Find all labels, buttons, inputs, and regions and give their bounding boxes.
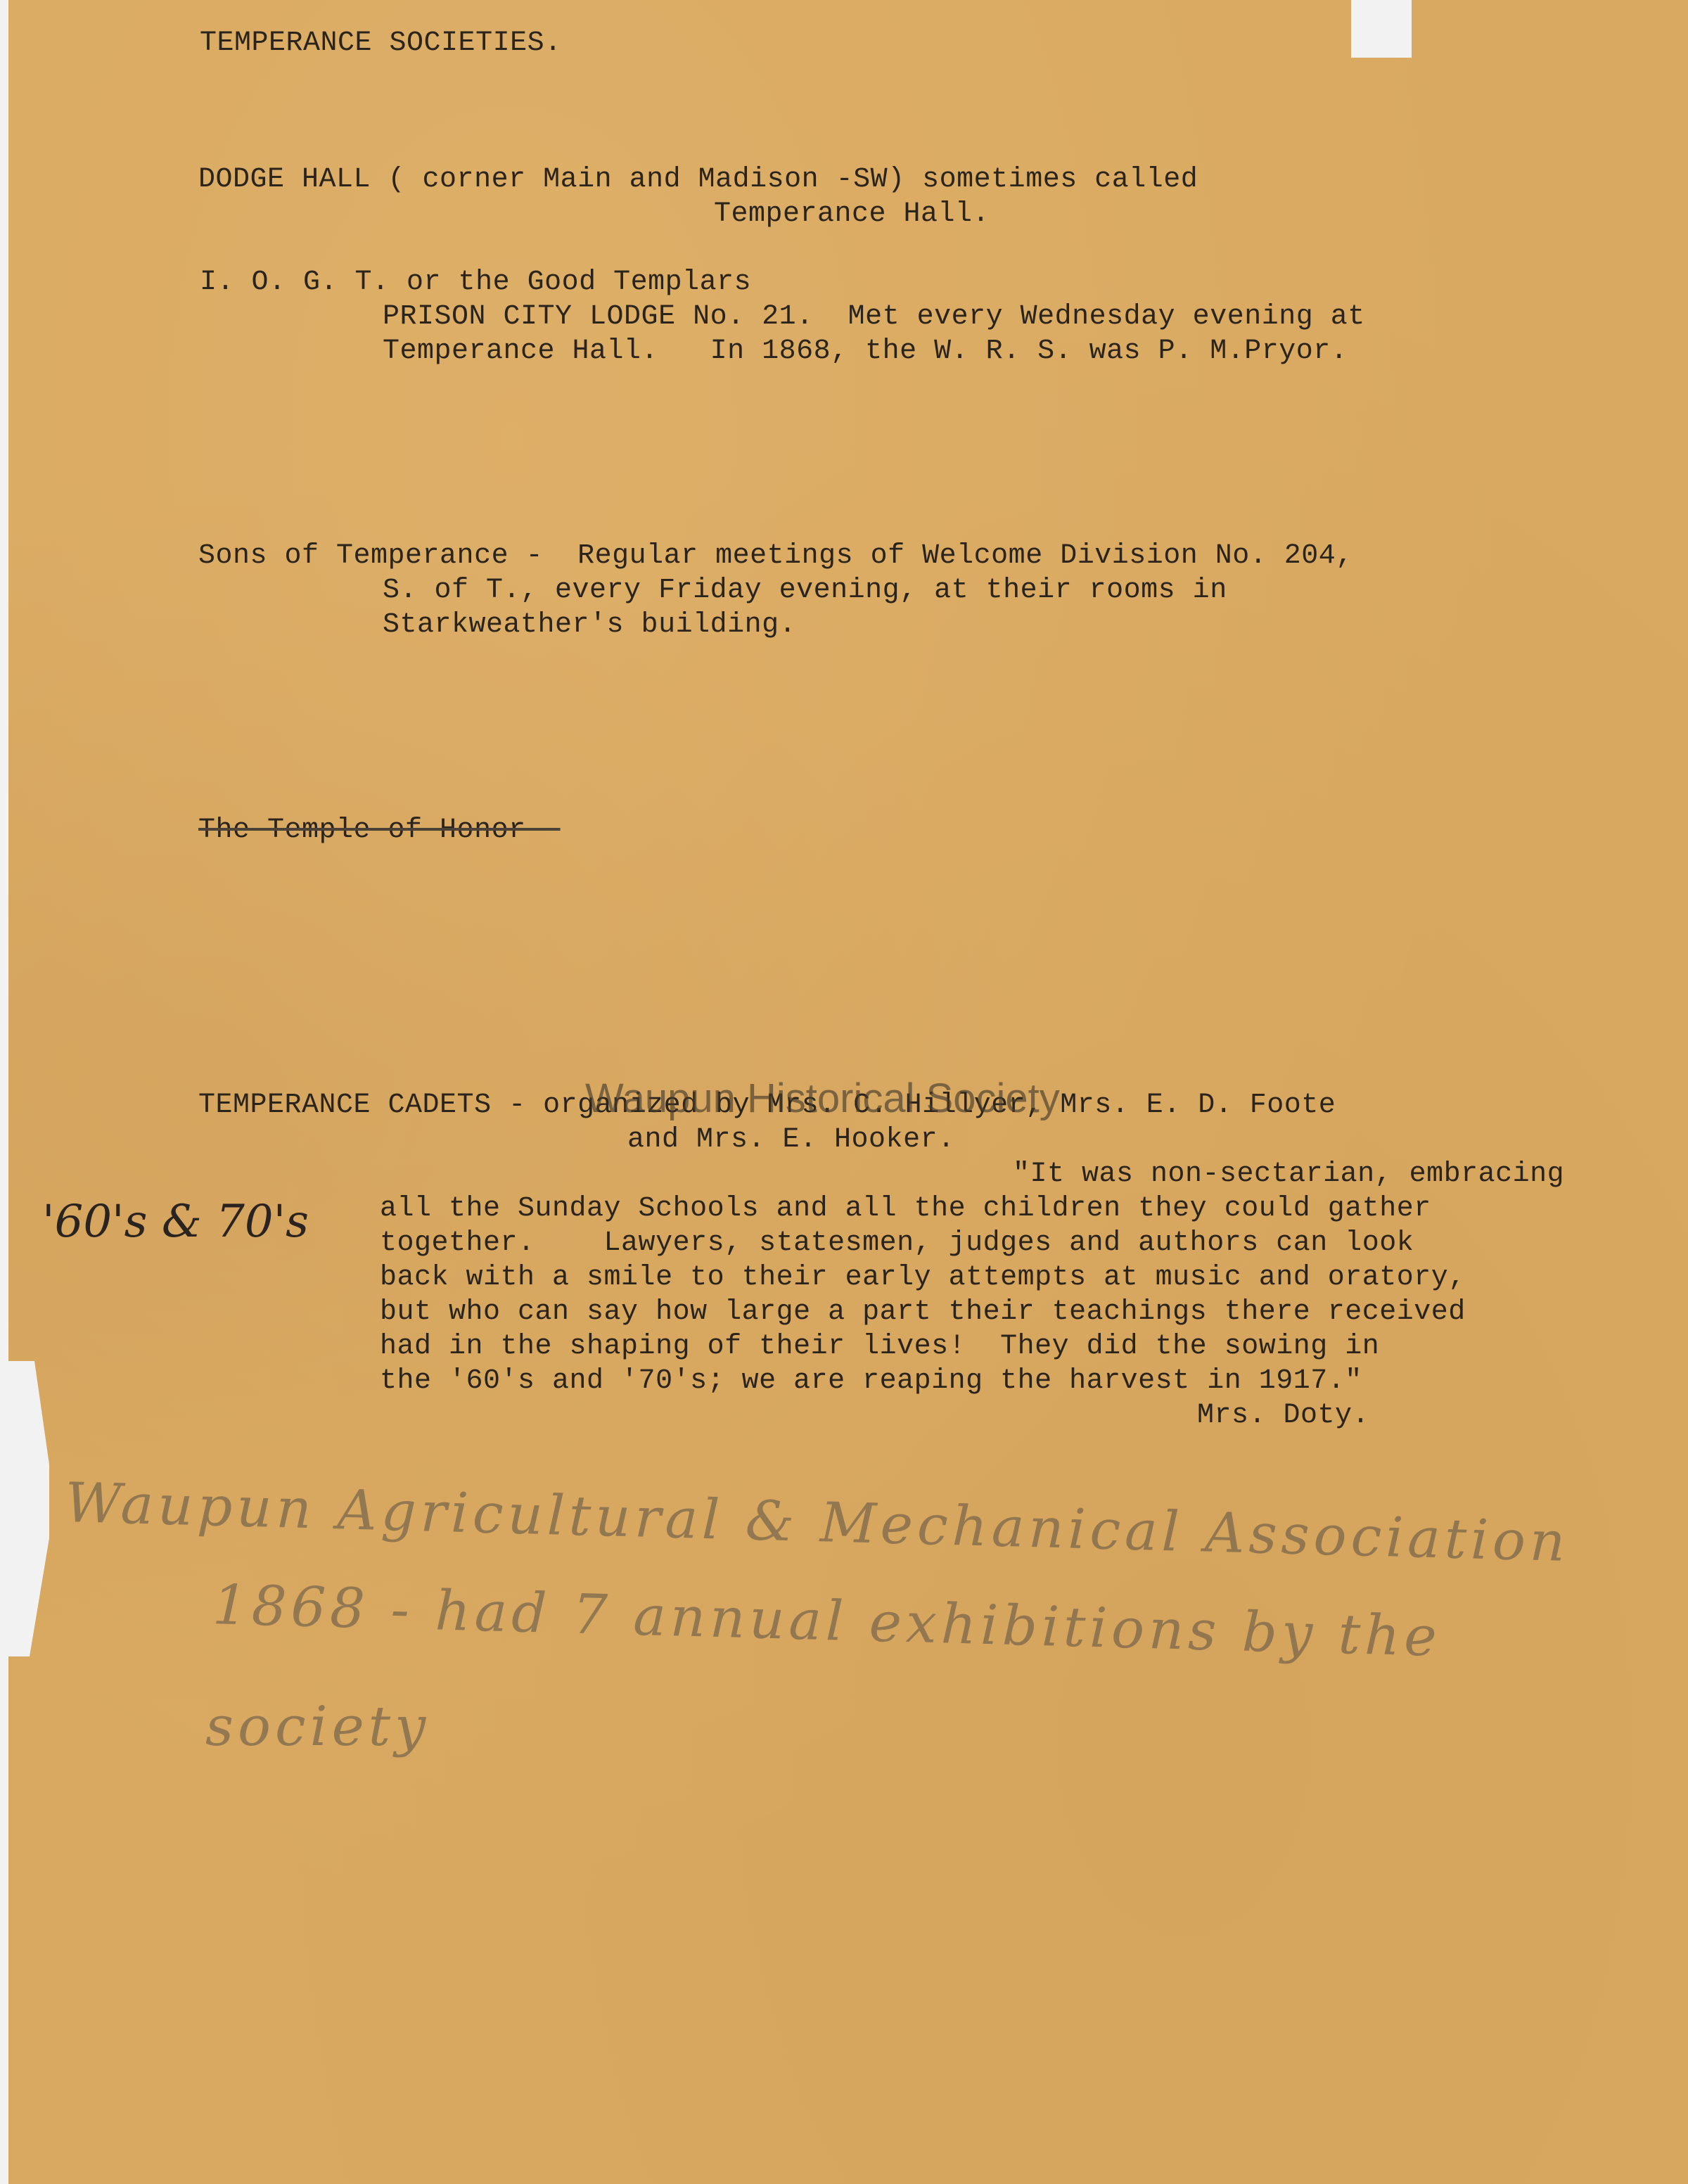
quote-line: "It was non-sectarian, embracing: [1013, 1158, 1564, 1192]
quote-line: had in the shaping of their lives! They …: [380, 1330, 1379, 1364]
section-sons-line: Starkweather's building.: [383, 608, 796, 642]
section-iogt-line: Temperance Hall. In 1868, the W. R. S. w…: [383, 335, 1348, 369]
section-iogt-line: PRISON CITY LODGE No. 21. Met every Wedn…: [383, 300, 1365, 334]
quote-line: the '60's and '70's; we are reaping the …: [380, 1365, 1362, 1398]
torn-edge-left: [0, 1361, 49, 1656]
section-temple-of-honor-heading: The Temple of Honor -: [198, 814, 561, 848]
pencil-note-line: 1868 - had 7 annual exhibitions by the: [212, 1573, 1442, 1669]
watermark: Waupun Historical Society: [585, 1075, 1060, 1122]
section-sons-line: S. of T., every Friday evening, at their…: [383, 574, 1227, 608]
quote-attribution: Mrs. Doty.: [1197, 1399, 1369, 1433]
margin-note: '60's & 70's: [42, 1196, 309, 1248]
section-cadets-line: and Mrs. E. Hooker.: [627, 1123, 955, 1157]
quote-line: back with a smile to their early attempt…: [380, 1261, 1466, 1295]
torn-edge-top: [1351, 0, 1412, 58]
section-iogt-heading: I. O. G. T. or the Good Templars: [200, 266, 751, 300]
quote-line: all the Sunday Schools and all the child…: [380, 1192, 1431, 1226]
pencil-note-line: society: [205, 1695, 430, 1758]
quote-line: but who can say how large a part their t…: [380, 1296, 1466, 1329]
section-dodge-hall-heading: DODGE HALL ( corner Main and Madison -SW…: [198, 163, 1198, 197]
document-title: TEMPERANCE SOCIETIES.: [200, 27, 562, 60]
document-page: TEMPERANCE SOCIETIES. DODGE HALL ( corne…: [8, 0, 1688, 2184]
section-dodge-hall-line: Temperance Hall.: [714, 198, 990, 231]
pencil-note-line: Waupun Agricultural & Mechanical Associa…: [64, 1471, 1570, 1574]
quote-line: together. Lawyers, statesmen, judges and…: [380, 1227, 1414, 1260]
section-sons-heading: Sons of Temperance - Regular meetings of…: [198, 539, 1353, 573]
